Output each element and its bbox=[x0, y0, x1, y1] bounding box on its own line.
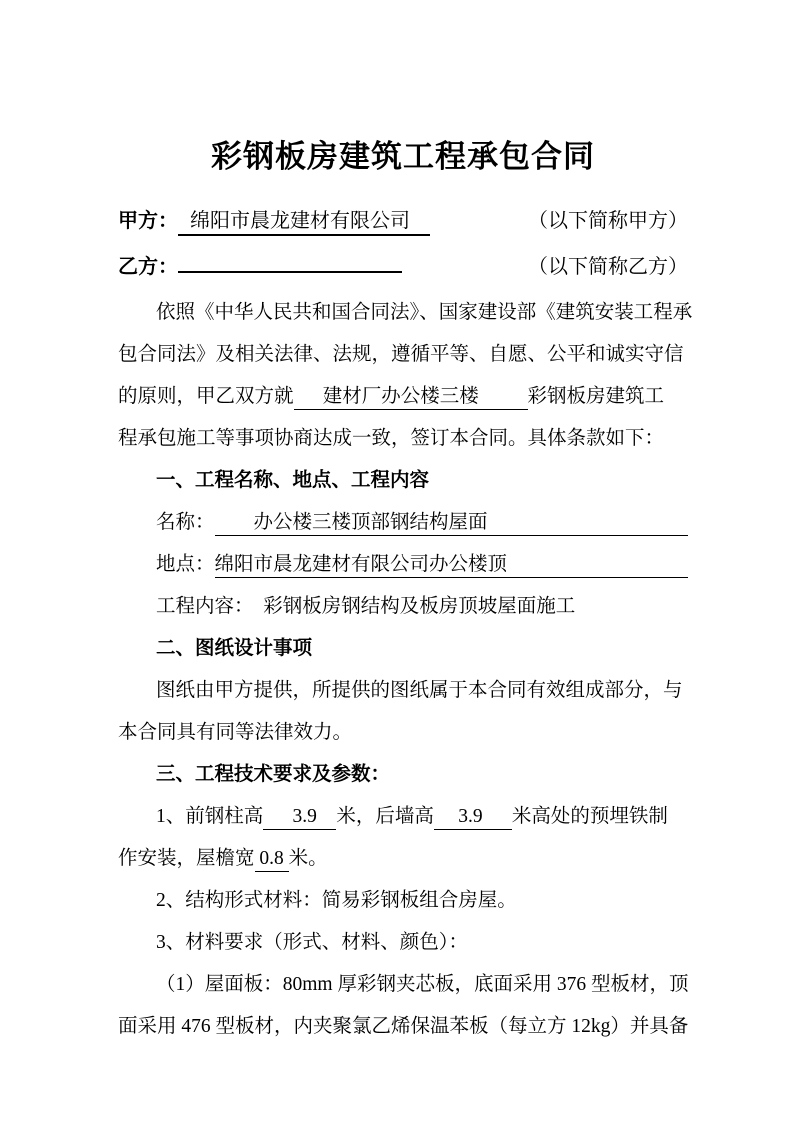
contract-line: 面采用 476 型板材，内夹聚氯乙烯保温苯板（每立方 12kg）并具备 bbox=[118, 1006, 688, 1048]
contract-line: 2、结构形式材料：简易彩钢板组合房屋。 bbox=[118, 880, 688, 922]
text-segment: 本合同具有同等法律效力。 bbox=[118, 712, 352, 754]
underlined-field: 办公楼三楼顶部钢结构屋面 bbox=[215, 506, 688, 536]
text-segment: 米。 bbox=[289, 838, 328, 880]
contract-line: 的原则，甲乙双方就 建材厂办公楼三楼 彩钢板房建筑工 bbox=[118, 376, 688, 418]
text-segment: 图纸由甲方提供，所提供的图纸属于本合同有效组成部分，与 bbox=[156, 670, 683, 712]
underlined-field: 0.8 bbox=[255, 848, 289, 872]
contract-line: 图纸由甲方提供，所提供的图纸属于本合同有效组成部分，与 bbox=[118, 670, 688, 712]
party-label: 乙方： bbox=[118, 244, 178, 290]
contract-line: 3、材料要求（形式、材料、颜色）： bbox=[118, 922, 688, 964]
text-segment: 米，后墙高 bbox=[336, 796, 434, 838]
text-segment: 地点： bbox=[156, 544, 215, 586]
text-segment: 米高处的预埋铁制 bbox=[512, 796, 668, 838]
text-segment: 的原则，甲乙双方就 bbox=[118, 376, 294, 418]
document-title: 彩钢板房建筑工程承包合同 bbox=[118, 134, 688, 180]
section-heading-text: 一、工程名称、地点、工程内容 bbox=[156, 460, 429, 502]
contract-line: 一、工程名称、地点、工程内容 bbox=[118, 460, 688, 502]
party-note: （以下简称甲方） bbox=[528, 198, 688, 244]
contract-line: 工程内容： 彩钢板房钢结构及板房顶坡屋面施工 bbox=[118, 586, 688, 628]
text-segment: 依照《中华人民共和国合同法》、国家建设部《建筑安装工程承 bbox=[156, 292, 692, 334]
party-label: 甲方： bbox=[118, 198, 178, 244]
section-heading-text: 三、工程技术要求及参数： bbox=[156, 754, 390, 796]
party-note: （以下简称乙方） bbox=[528, 244, 688, 290]
contract-line: 名称： 办公楼三楼顶部钢结构屋面 bbox=[118, 502, 688, 544]
text-segment: 名称： bbox=[156, 502, 215, 544]
contract-line: 依照《中华人民共和国合同法》、国家建设部《建筑安装工程承 bbox=[118, 292, 688, 334]
party-blank-field bbox=[178, 270, 402, 273]
text-segment: 1、前钢柱高 bbox=[156, 796, 263, 838]
text-segment: 彩钢板房建筑工 bbox=[528, 376, 665, 418]
text-segment: （1）屋面板：80mm 厚彩钢夹芯板，底面采用 376 型板材，顶 bbox=[156, 964, 688, 1006]
section-heading-text: 二、图纸设计事项 bbox=[156, 628, 312, 670]
contract-line: （1）屋面板：80mm 厚彩钢夹芯板，底面采用 376 型板材，顶 bbox=[118, 964, 688, 1006]
contract-line: 包合同法》及相关法律、法规，遵循平等、自愿、公平和诚实守信 bbox=[118, 334, 688, 376]
contract-line: 1、前钢柱高 3.9 米，后墙高 3.9 米高处的预埋铁制 bbox=[118, 796, 688, 838]
underlined-field: 3.9 bbox=[263, 806, 336, 830]
text-segment: 包合同法》及相关法律、法规，遵循平等、自愿、公平和诚实守信 bbox=[118, 334, 684, 376]
contract-line: 地点：绵阳市晨龙建材有限公司办公楼顶 bbox=[118, 544, 688, 586]
party-row: 甲方：绵阳市晨龙建材有限公司（以下简称甲方） bbox=[118, 198, 688, 244]
party-row: 乙方：（以下简称乙方） bbox=[118, 244, 688, 290]
text-segment: 3、材料要求（形式、材料、颜色）： bbox=[156, 922, 468, 964]
text-segment: 工程内容： 彩钢板房钢结构及板房顶坡屋面施工 bbox=[156, 586, 575, 628]
contract-line: 三、工程技术要求及参数： bbox=[118, 754, 688, 796]
text-segment: 2、结构形式材料：简易彩钢板组合房屋。 bbox=[156, 880, 517, 922]
document-body: 依照《中华人民共和国合同法》、国家建设部《建筑安装工程承包合同法》及相关法律、法… bbox=[118, 292, 688, 1048]
parties-section: 甲方：绵阳市晨龙建材有限公司（以下简称甲方）乙方：（以下简称乙方） bbox=[118, 198, 688, 290]
text-segment: 作安装，屋檐宽 bbox=[118, 838, 255, 880]
contract-line: 作安装，屋檐宽 0.8 米。 bbox=[118, 838, 688, 880]
contract-line: 本合同具有同等法律效力。 bbox=[118, 712, 688, 754]
text-segment: 程承包施工等事项协商达成一致，签订本合同。具体条款如下： bbox=[118, 418, 664, 460]
text-segment: 面采用 476 型板材，内夹聚氯乙烯保温苯板（每立方 12kg）并具备 bbox=[118, 1006, 688, 1048]
underlined-field: 绵阳市晨龙建材有限公司办公楼顶 bbox=[215, 548, 688, 578]
party-value-field: 绵阳市晨龙建材有限公司 bbox=[178, 204, 430, 236]
underlined-field: 建材厂办公楼三楼 bbox=[294, 380, 528, 410]
contract-line: 程承包施工等事项协商达成一致，签订本合同。具体条款如下： bbox=[118, 418, 688, 460]
contract-line: 二、图纸设计事项 bbox=[118, 628, 688, 670]
underlined-field: 3.9 bbox=[434, 806, 512, 830]
document-page: 彩钢板房建筑工程承包合同 甲方：绵阳市晨龙建材有限公司（以下简称甲方）乙方：（以… bbox=[0, 0, 800, 1132]
